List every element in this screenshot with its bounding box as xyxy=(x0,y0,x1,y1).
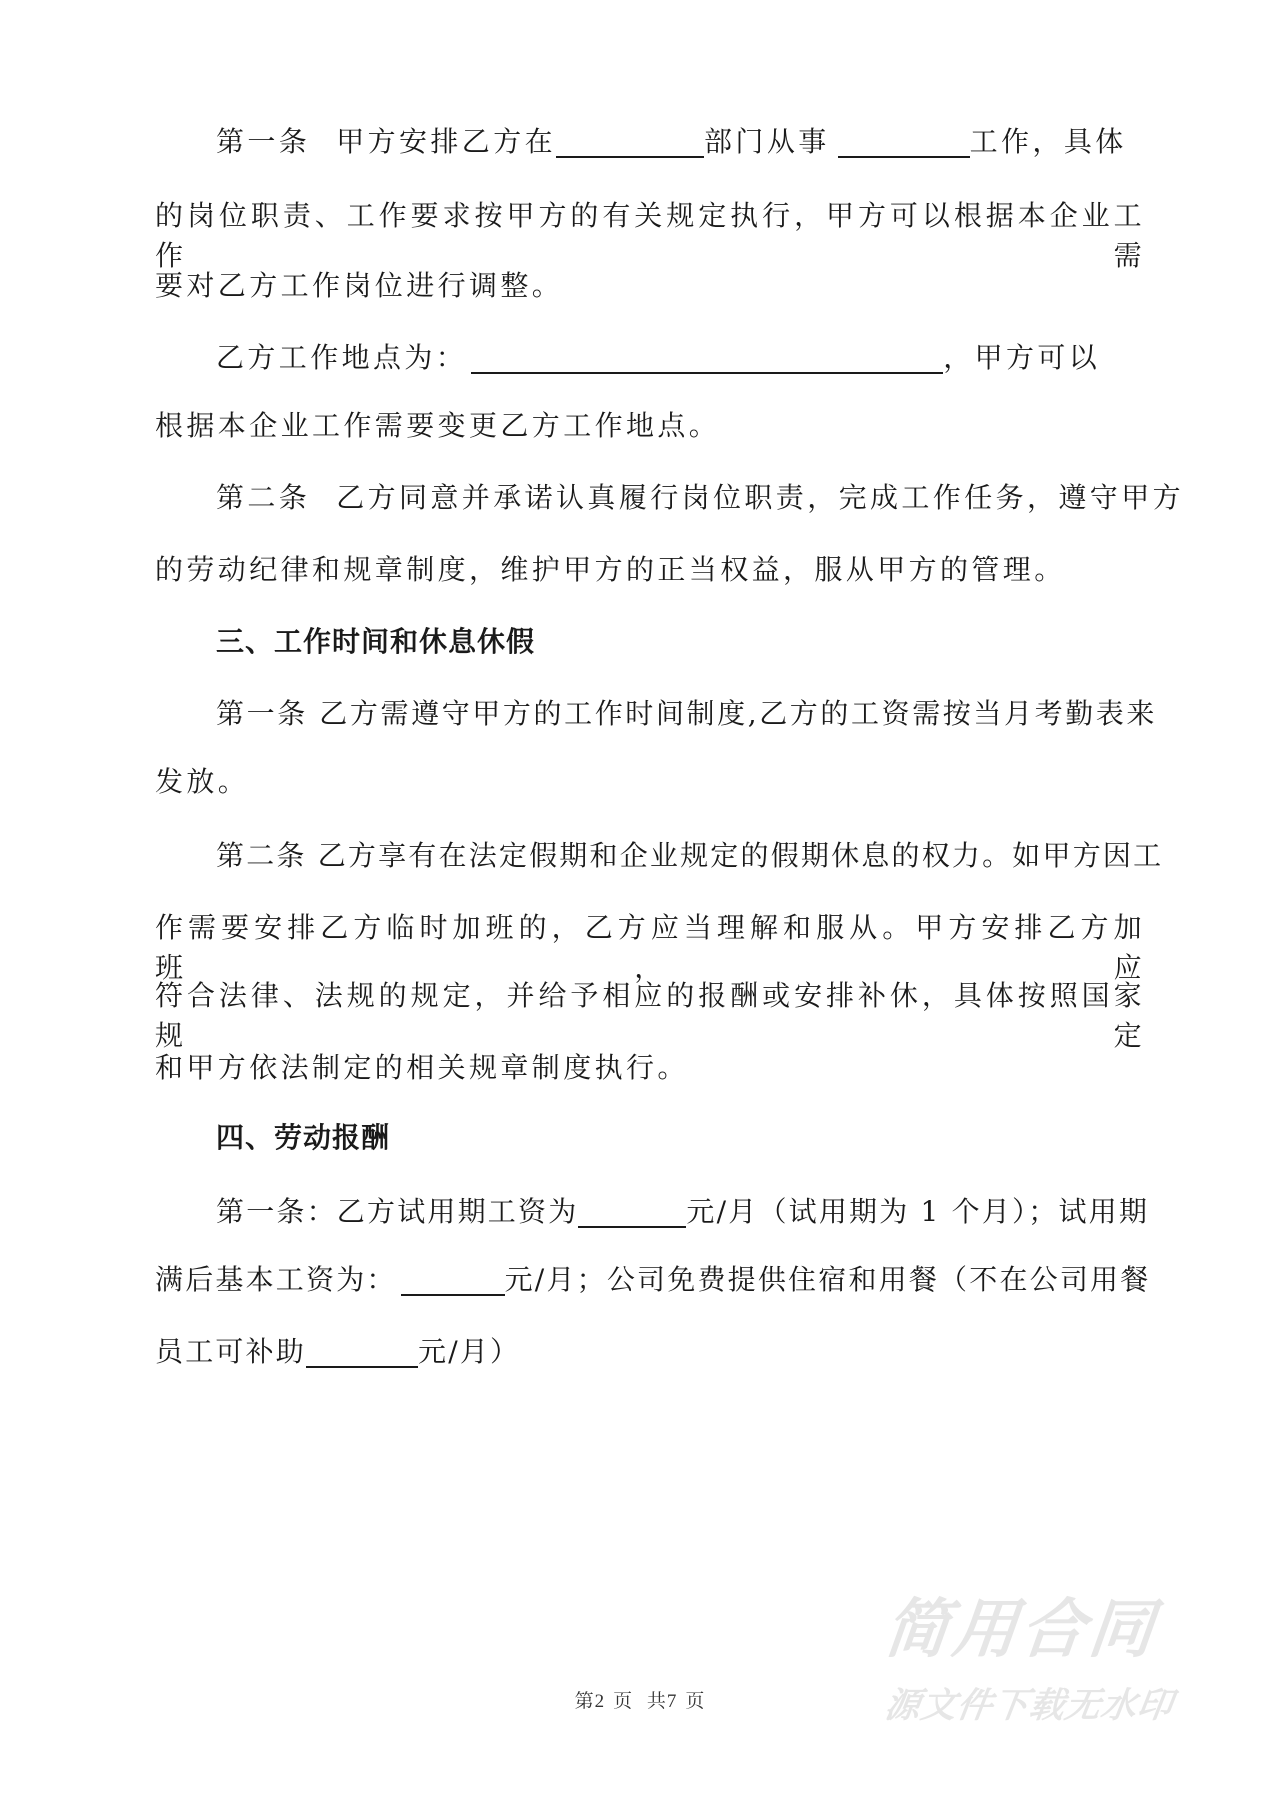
base-salary-blank-field[interactable] xyxy=(401,1262,505,1296)
meal-allowance-blank-field[interactable] xyxy=(306,1334,418,1368)
probation-salary-blank-field[interactable] xyxy=(578,1194,686,1228)
page-footer: 第2页 共7页 xyxy=(0,1686,1280,1713)
section-4-article-1-line-3: 员工可补助元/月） xyxy=(155,1332,1145,1372)
section-4-article-1-line-2: 满后基本工资为：元/月；公司免费提供住宿和用餐（不在公司用餐 xyxy=(155,1260,1145,1300)
watermark-title: 简用合同 xyxy=(881,1594,1189,1666)
total-pages: 共7 xyxy=(647,1691,678,1712)
work-location-line-1: 乙方工作地点为：，甲方可以 xyxy=(216,338,1145,378)
section-4-article-1-line-1: 第一条：乙方试用期工资为元/月（试用期为 1 个月）；试用期 xyxy=(216,1192,1145,1232)
article-1-line-3: 要对乙方工作岗位进行调整。 xyxy=(155,266,1145,306)
job-blank-field[interactable] xyxy=(838,124,970,158)
document-page: 第一条甲方安排乙方在部门从事工作，具体 的岗位职责、工作要求按甲方的有关规定执行… xyxy=(0,0,1280,1810)
article-1-line-1: 第一条甲方安排乙方在部门从事工作，具体 xyxy=(216,122,1145,162)
article-label: 第一条 xyxy=(216,125,310,158)
section-3-article-1-line-2: 发放。 xyxy=(155,762,1145,802)
section-3-heading: 三、工作时间和休息休假 xyxy=(216,622,1145,662)
section-3-article-2-line-4: 和甲方依法制定的相关规章制度执行。 xyxy=(155,1048,1145,1088)
section-3-article-1-line-1: 第一条 乙方需遵守甲方的工作时间制度,乙方的工资需按当月考勤表来 xyxy=(216,694,1145,734)
section-3-article-2-line-3: 符合法律、法规的规定，并给予相应的报酬或安排补休，具体按照国家规定 xyxy=(155,976,1145,1016)
work-location-blank-field[interactable] xyxy=(471,340,943,374)
section-3-article-2-line-1: 第二条 乙方享有在法定假期和企业规定的假期休息的权力。如甲方因工 xyxy=(216,836,1145,876)
department-blank-field[interactable] xyxy=(556,124,704,158)
article-2-line-1: 第二条乙方同意并承诺认真履行岗位职责，完成工作任务，遵守甲方 xyxy=(216,478,1145,518)
work-location-line-2: 根据本企业工作需要变更乙方工作地点。 xyxy=(155,406,1145,446)
section-4-heading: 四、劳动报酬 xyxy=(216,1118,1145,1158)
page-number: 第2 xyxy=(575,1691,606,1712)
article-2-line-2: 的劳动纪律和规章制度，维护甲方的正当权益，服从甲方的管理。 xyxy=(155,550,1145,590)
section-3-article-2-line-2: 作需要安排乙方临时加班的，乙方应当理解和服从。甲方安排乙方加班，应 xyxy=(155,908,1145,948)
article-1-line-2: 的岗位职责、工作要求按甲方的有关规定执行，甲方可以根据本企业工作需 xyxy=(155,196,1145,236)
